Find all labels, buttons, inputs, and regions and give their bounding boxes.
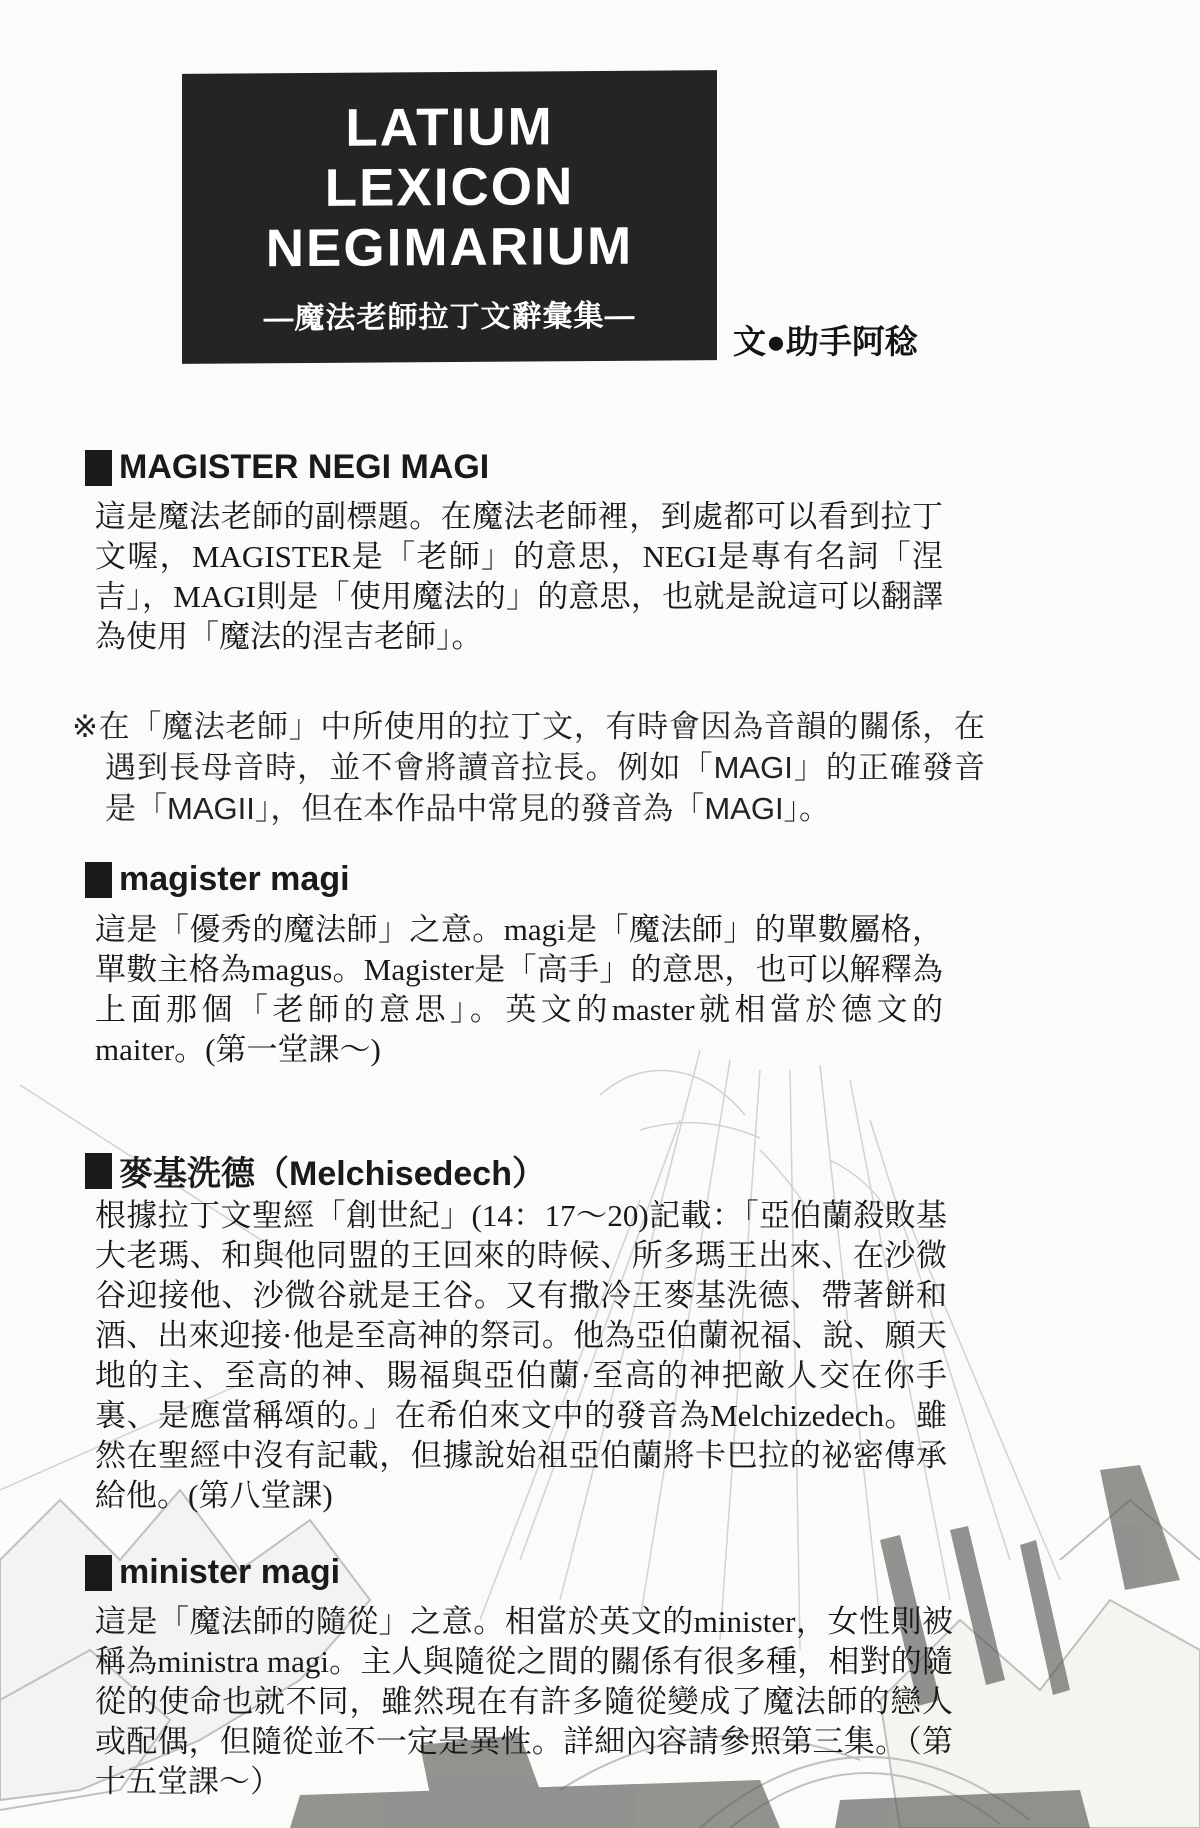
bullet-square-icon — [85, 1555, 112, 1591]
entry-body-minister-magi: 這是「魔法師的隨從」之意。相當於英文的minister，女性則被稱為minist… — [95, 1602, 953, 1802]
entry-body-magister-negi-magi: 這是魔法老師的副標題。在魔法老師裡，到處都可以看到拉丁文喔，MAGISTER是「… — [95, 497, 943, 657]
bullet-square-icon — [85, 1153, 112, 1189]
entry-term: 麥基洗德（Melchisedech） — [119, 1146, 546, 1195]
title-subtitle: —魔法老師拉丁文辭彙集— — [264, 291, 636, 338]
lexicon-page: LATIUM LEXICON NEGIMARIUM —魔法老師拉丁文辭彙集— 文… — [0, 0, 1200, 1828]
title-line-3: NEGIMARIUM — [266, 217, 633, 280]
note-marker: ※ — [72, 709, 99, 744]
entry-term: MAGISTER NEGI MAGI — [119, 448, 489, 487]
entry-heading-magister-magi: magister magi — [85, 860, 350, 899]
page-content: LATIUM LEXICON NEGIMARIUM —魔法老師拉丁文辭彙集— 文… — [0, 0, 1200, 1828]
entry-heading-minister-magi: minister magi — [85, 1553, 340, 1592]
bullet-square-icon — [85, 862, 112, 898]
author-credit: 文●助手阿稔 — [733, 316, 918, 363]
entry-term: magister magi — [119, 860, 350, 899]
entry-term: minister magi — [119, 1553, 340, 1592]
title-box: LATIUM LEXICON NEGIMARIUM —魔法老師拉丁文辭彙集— — [182, 70, 717, 364]
entry-body-magister-magi: 這是「優秀的魔法師」之意。magi是「魔法師」的單數屬格，單數主格為magus。… — [95, 910, 943, 1070]
note-text: 在「魔法老師」中所使用的拉丁文，有時會因為音韻的關係，在遇到長母音時，並不會將讀… — [99, 709, 985, 826]
entry-heading-magister-negi-magi: MAGISTER NEGI MAGI — [85, 448, 489, 487]
title-line-2: LEXICON — [325, 157, 575, 219]
entry-body-melchisedech: 根據拉丁文聖經「創世紀」(14：17～20)記載：「亞伯蘭殺敗基大老瑪、和與他同… — [95, 1196, 947, 1516]
pronunciation-note: ※在「魔法老師」中所使用的拉丁文，有時會因為音韻的關係，在遇到長母音時，並不會將… — [72, 706, 985, 829]
bullet-square-icon — [85, 450, 112, 486]
entry-heading-melchisedech: 麥基洗德（Melchisedech） — [85, 1146, 546, 1195]
title-line-1: LATIUM — [345, 97, 553, 158]
